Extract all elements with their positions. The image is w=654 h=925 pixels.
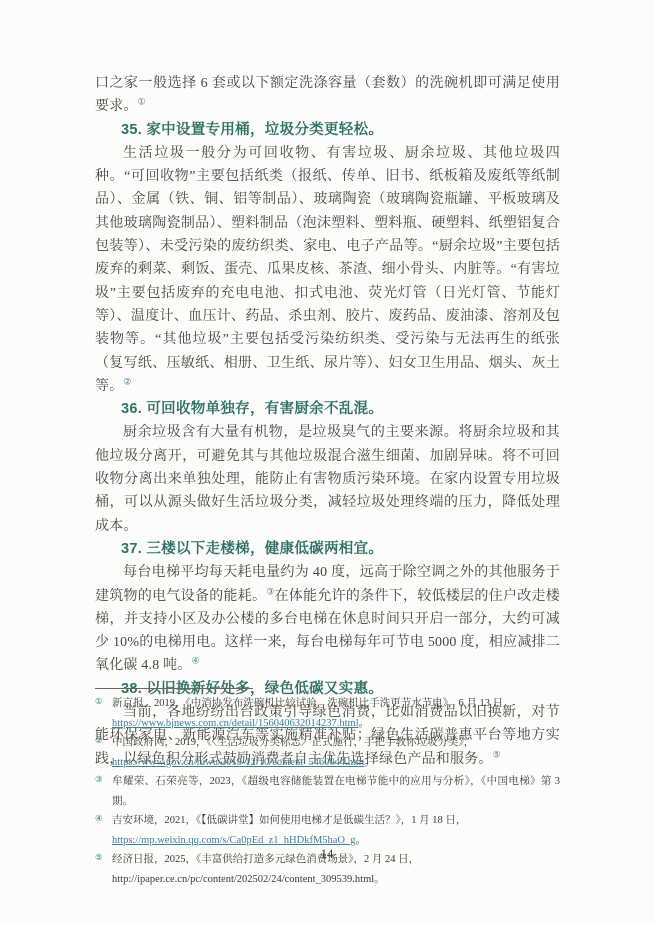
sections-container: 35. 家中设置专用桶，垃圾分类更轻松。生活垃圾一般分为可回收物、有害垃圾、厨余…	[95, 119, 560, 771]
footnote-marker: ②	[95, 731, 103, 751]
footnote-ref: ④	[192, 656, 200, 666]
section-heading-36: 36. 可回收物单独存，有害厨余不乱混。	[95, 398, 560, 421]
footnote-link-tail: 。	[364, 753, 375, 773]
footnote-link-tail: 。	[359, 714, 370, 734]
section-heading-37: 37. 三楼以下走楼梯，健康低碳两相宜。	[95, 538, 560, 561]
footnote-item-1: ①新京报，2019，《中消协发布洗碗机比较试验，洗碗机比手洗更节水节电》，6 月…	[95, 694, 560, 733]
page-number: 14	[0, 847, 654, 862]
footnote-ref: ②	[123, 376, 131, 386]
paragraph-continuation: 口之家一般选择 6 套或以下额定洗涤容量（套数）的洗碗机即可满足使用要求。①	[95, 72, 560, 119]
section-paragraph-35: 生活垃圾一般分为可回收物、有害垃圾、厨余垃圾、其他垃圾四种。“可回收物”主要包括…	[95, 142, 560, 398]
footnote-marker: ①	[95, 692, 103, 712]
section-heading-35: 35. 家中设置专用桶，垃圾分类更轻松。	[95, 119, 560, 142]
section-paragraph-37: 每台电梯平均每天耗电量约为 40 度，远高于除空调之外的其他服务于建筑物的电气设…	[95, 561, 560, 677]
document-page: 口之家一般选择 6 套或以下额定洗涤容量（套数）的洗碗机即可满足使用要求。① 3…	[0, 0, 654, 925]
footnote-marker: ④	[95, 809, 103, 829]
footnote-item-4: ④吉安环境，2021，《【低碳讲堂】如何使用电梯才是低碳生活？》，1 月 18 …	[95, 811, 560, 850]
footnote-link[interactable]: https://www.bjnews.com.cn/detail/1560406…	[112, 714, 560, 734]
footnote-plain-url: http://ipaper.ce.cn/pc/content/202502/24…	[112, 870, 560, 890]
footnote-separator	[95, 688, 253, 689]
footnote-ref: ③	[266, 586, 274, 596]
document-content: 口之家一般选择 6 套或以下额定洗涤容量（套数）的洗碗机即可满足使用要求。① 3…	[95, 72, 560, 771]
footnote-item-3: ③牟耀荣、石荣亮等，2023，《超级电容储能装置在电梯节能中的应用与分析》，《中…	[95, 772, 560, 811]
footnote-link[interactable]: https://www.gov.cn/fuwu/2019-12/10/conte…	[112, 753, 560, 773]
footnote-marker: ③	[95, 770, 103, 790]
footnote-ref: ①	[138, 97, 146, 107]
section-paragraph-36: 厨余垃圾含有大量有机物，是垃圾臭气的主要来源。将厨余垃圾和其他垃圾分离开，可避免…	[95, 421, 560, 537]
footnote-item-2: ②中国政府网，2019，《〈生活垃圾分类标志〉正式施行，手把手教你垃圾分类》，h…	[95, 733, 560, 772]
